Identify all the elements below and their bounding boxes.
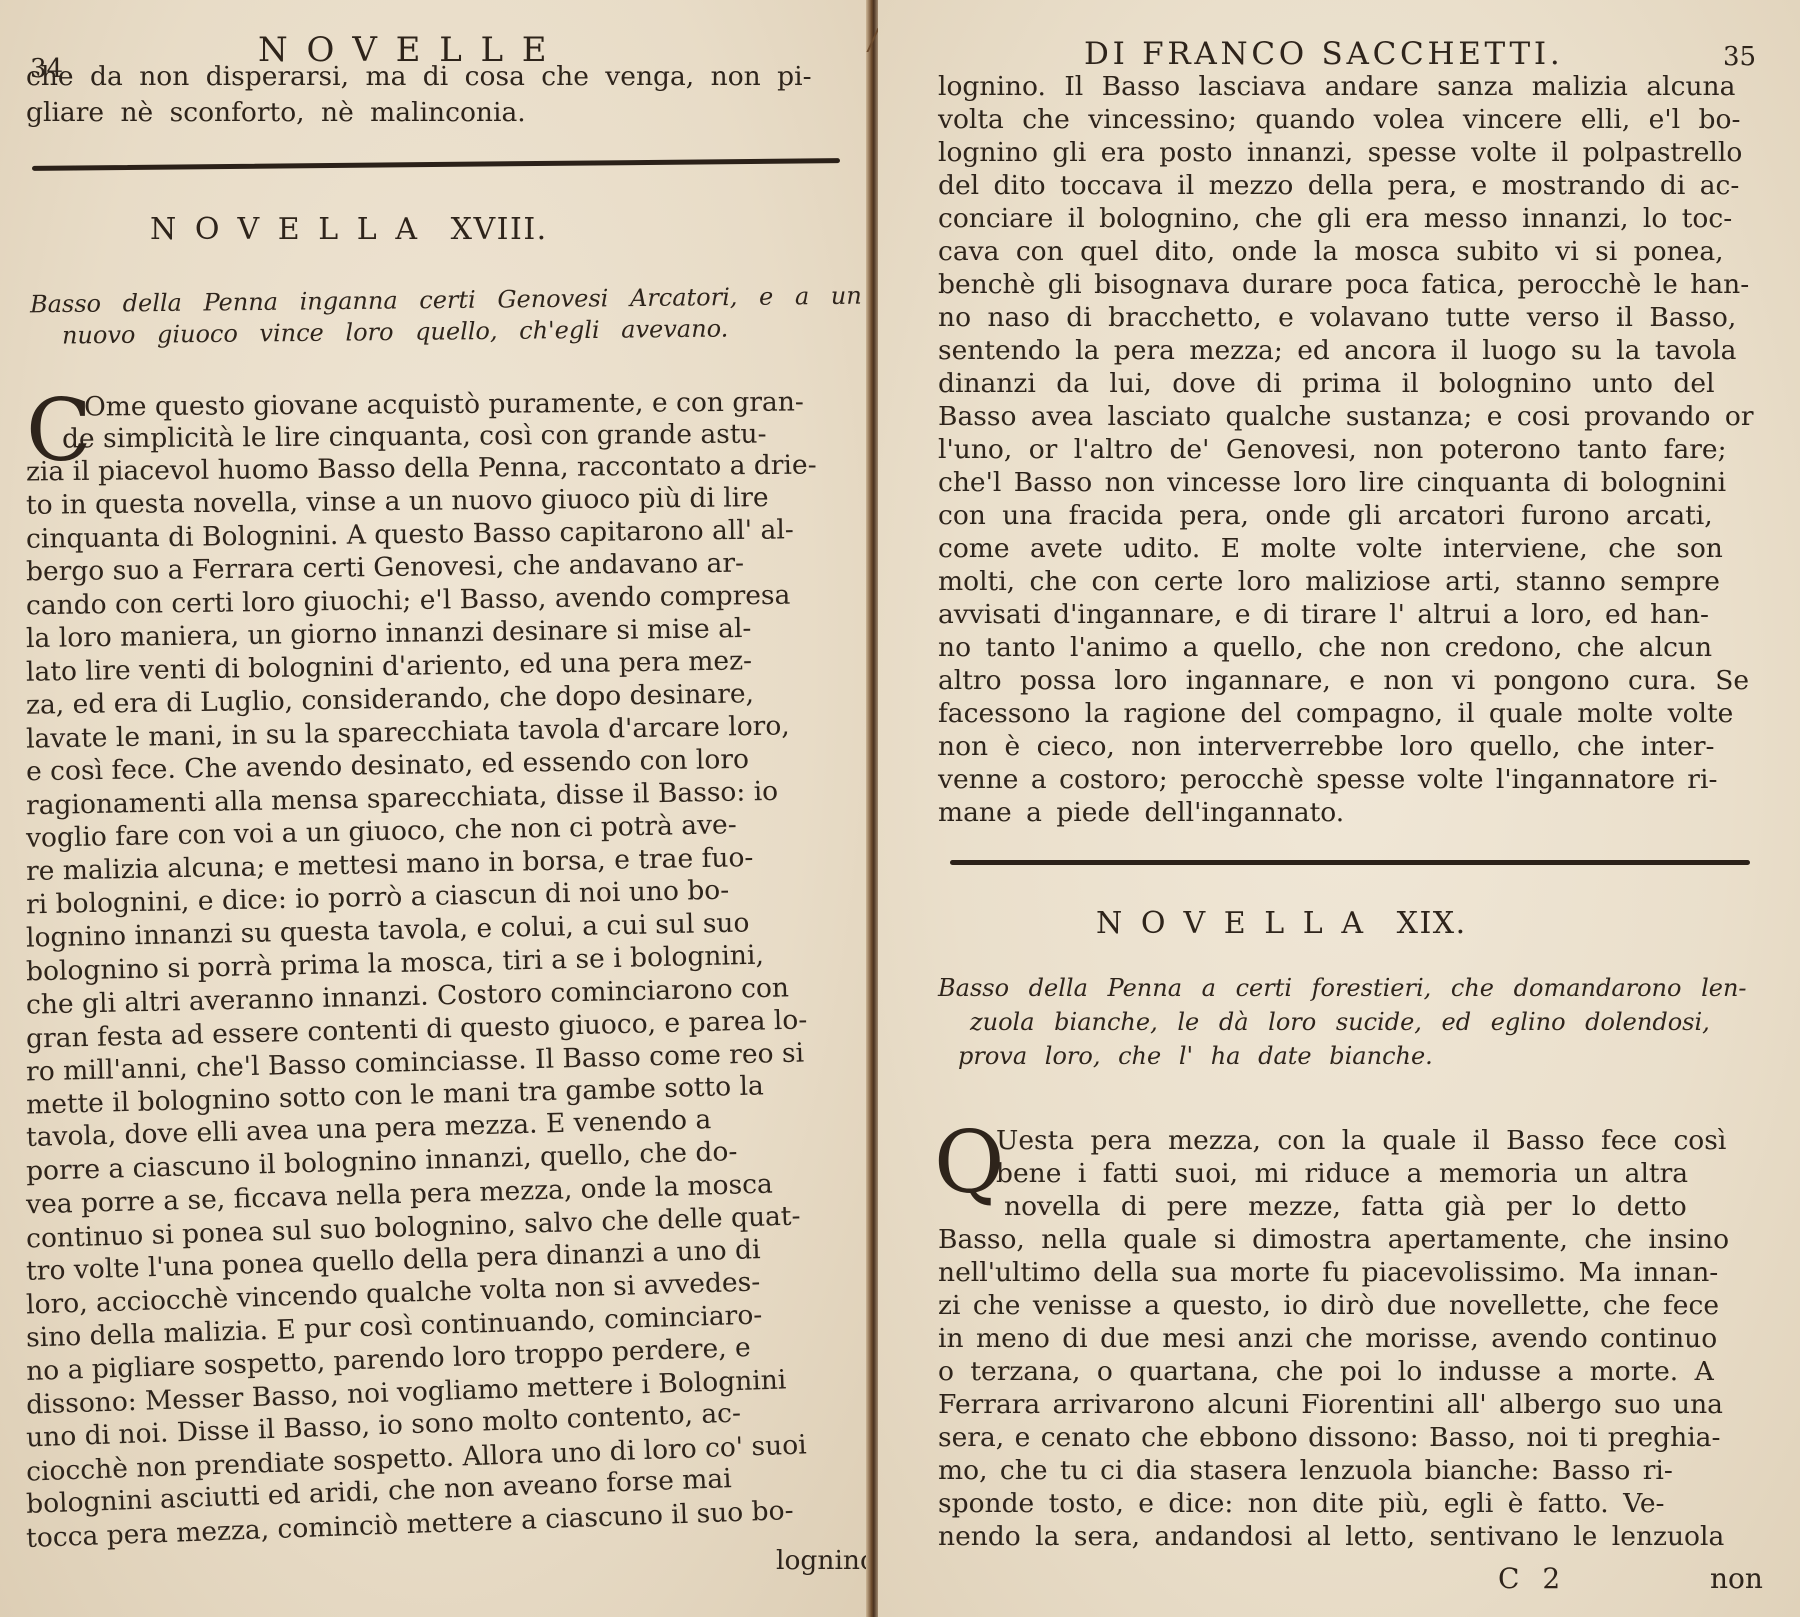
text-line: mo, che tu ci dia stasera lenzuola bianc… [938, 1458, 1673, 1485]
section-divider-rule [950, 860, 1750, 865]
text-line: o terzana, o quartana, che poi lo induss… [938, 1359, 1714, 1386]
text-line: avvisati d'ingannare, e di tirare l' alt… [938, 602, 1709, 629]
section-divider-rule [32, 158, 840, 171]
text-line: venne a costoro; perocchè spesse volte l… [938, 767, 1717, 794]
right-page: DI FRANCO SACCHETTI. 35 lognino. Il Bass… [878, 0, 1800, 1617]
text-line: non è cieco, non interverrebbe loro quel… [938, 734, 1714, 761]
novella-label: NOVELLA [1096, 906, 1382, 941]
text-line: bene i fatti suoi, mi riduce a memoria u… [996, 1161, 1688, 1188]
text-line: zi che venisse a questo, io dirò due nov… [938, 1293, 1719, 1320]
text-line: volta che vincessino; quando volea vince… [938, 107, 1740, 134]
text-line: che'l Basso non vincesse loro lire cinqu… [938, 470, 1726, 497]
text-line: Basso, nella quale si dimostra apertamen… [938, 1227, 1729, 1254]
text-line: Uesta pera mezza, con la quale il Basso … [996, 1128, 1726, 1155]
text-line: sentendo la pera mezza; ed ancora il luo… [938, 338, 1736, 365]
left-page: NOVELLE 34 che da non disperarsi, ma di … [0, 0, 872, 1617]
text-line: conciare il bolognino, che gli era messo… [938, 206, 1732, 233]
summary-line: nuovo giuoco vince loro quello, ch'egli … [62, 317, 728, 348]
text-line: altro possa loro ingannare, e non vi pon… [938, 668, 1749, 695]
running-head-right: DI FRANCO SACCHETTI. [1084, 36, 1563, 72]
text-line: facessono la ragione del compagno, il qu… [938, 701, 1733, 728]
page-number-right: 35 [1723, 42, 1756, 72]
text-line: cava con quel dito, onde la mosca subito… [938, 239, 1724, 266]
text-line: Ferrara arrivarono alcuni Fiorentini all… [938, 1392, 1723, 1419]
book-spread: NOVELLE 34 che da non disperarsi, ma di … [0, 0, 1800, 1617]
text-line: benchè gli bisognava durare poca fatica,… [938, 272, 1749, 299]
text-line: sera, e cenato che ebbono dissono: Basso… [938, 1425, 1720, 1452]
text-line: de simplicità le lire cinquanta, così co… [62, 422, 767, 453]
text-line: to in questa novella, vinse a un nuovo g… [26, 485, 769, 519]
summary-line: Basso della Penna inganna certi Genovesi… [30, 284, 862, 317]
text-line: gliare nè sconforto, nè malinconia. [26, 100, 526, 127]
text-line: lognino. Il Basso lasciava andare sanza … [938, 74, 1735, 101]
catchword: non [1710, 1562, 1763, 1595]
drop-cap: Q [934, 1120, 1005, 1206]
text-line: molti, che con certe loro maliziose arti… [938, 569, 1720, 596]
text-line: l'uno, or l'altro de' Genovesi, non pote… [938, 437, 1727, 464]
text-line: nendo la sera, andandosi al letto, senti… [938, 1524, 1724, 1551]
text-line: nell'ultimo della sua morte fu piacevoli… [938, 1260, 1718, 1287]
text-line: del dito toccava il mezzo della pera, e … [938, 173, 1739, 200]
text-line: zia il piacevol huomo Basso della Penna,… [26, 453, 817, 486]
novella-heading-xviii: NOVELLAXVIII. [150, 212, 548, 247]
text-line: no tanto l'animo a quello, che non credo… [938, 635, 1712, 662]
text-line: Basso avea lasciato qualche sustanza; e … [938, 404, 1754, 431]
text-line: con una fracida pera, onde gli arcatori … [938, 503, 1713, 530]
novella-heading-xix: NOVELLAXIX. [1096, 906, 1467, 941]
text-line: come avete udito. E molte volte intervie… [938, 536, 1723, 563]
summary-line: zuola bianche, le dà loro sucide, ed egl… [970, 1010, 1710, 1034]
text-line: lognino gli era posto innanzi, spesse vo… [938, 140, 1742, 167]
signature-mark: C 2 [1498, 1562, 1560, 1595]
text-line: bergo suo a Ferrara certi Genovesi, che … [26, 551, 744, 586]
summary-line: prova loro, che l' ha date bianche. [958, 1044, 1433, 1068]
text-line: novella di pere mezze, fatta già per lo … [1004, 1194, 1687, 1221]
text-line: no naso di bracchetto, e volavano tutte … [938, 305, 1736, 332]
text-line: sponde tosto, e dice: non dite più, egli… [938, 1491, 1665, 1518]
novella-number: XIX. [1397, 906, 1467, 941]
text-line: dinanzi da lui, dove di prima il bologni… [938, 371, 1715, 398]
novella-label: NOVELLA [150, 212, 436, 247]
text-line: in meno di due mesi anzi che morisse, av… [938, 1326, 1717, 1353]
novella-number: XVIII. [451, 212, 548, 247]
summary-line: Basso della Penna a certi forestieri, ch… [938, 976, 1747, 1000]
text-line: Ome questo giovane acquistò puramente, e… [84, 389, 804, 421]
text-line: che da non disperarsi, ma di cosa che ve… [26, 64, 812, 91]
text-line: mane a piede dell'ingannato. [938, 800, 1344, 827]
